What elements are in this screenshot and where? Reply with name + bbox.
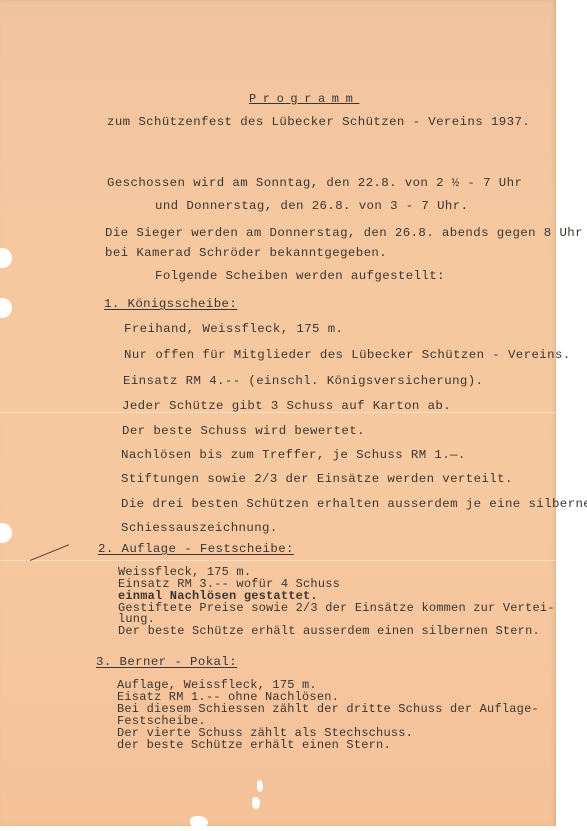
section-line: der beste Schütze erhält einen Stern. [117,739,391,751]
section-line: Schiessauszeichnung. [121,521,278,535]
schedule-intro: Folgende Scheiben werden aufgestellt: [155,269,445,283]
section-heading: 2. Auflage - Festscheibe: [98,542,294,556]
document-title: Programm [249,92,359,106]
typed-document: Programm zum Schützenfest des Lübecker S… [0,0,556,826]
section-line: Die drei besten Schützen erhalten ausser… [121,497,587,511]
schedule-line: Geschossen wird am Sonntag, den 22.8. vo… [107,176,522,190]
document-subtitle: zum Schützenfest des Lübecker Schützen -… [107,115,530,129]
section-line: Der beste Schuss wird bewertet. [122,424,365,438]
section-line: Einsatz RM 4.-- (einschl. Königsversiche… [123,374,483,388]
section-heading: 3. Berner - Pokal: [96,655,237,669]
section-line: Nur offen für Mitglieder des Lübecker Sc… [124,348,571,362]
schedule-line: und Donnerstag, den 26.8. von 3 - 7 Uhr. [155,199,468,213]
section-line: Stiftungen sowie 2/3 der Einsätze werden… [121,472,513,486]
section-line: Freihand, Weissfleck, 175 m. [124,322,343,336]
schedule-line: Die Sieger werden am Donnerstag, den 26.… [105,226,583,240]
section-line: Nachlösen bis zum Treffer, je Schuss RM … [121,448,466,462]
section-line: Der beste Schütze erhält ausserdem einen… [118,625,540,637]
schedule-line: bei Kamerad Schröder bekanntgegeben. [105,246,387,260]
section-line: Jeder Schütze gibt 3 Schuss auf Karton a… [122,399,451,413]
section-line: Gestiftete Preise sowie 2/3 der Einsätze… [118,602,555,614]
section-heading: 1. Königsscheibe: [104,297,237,311]
